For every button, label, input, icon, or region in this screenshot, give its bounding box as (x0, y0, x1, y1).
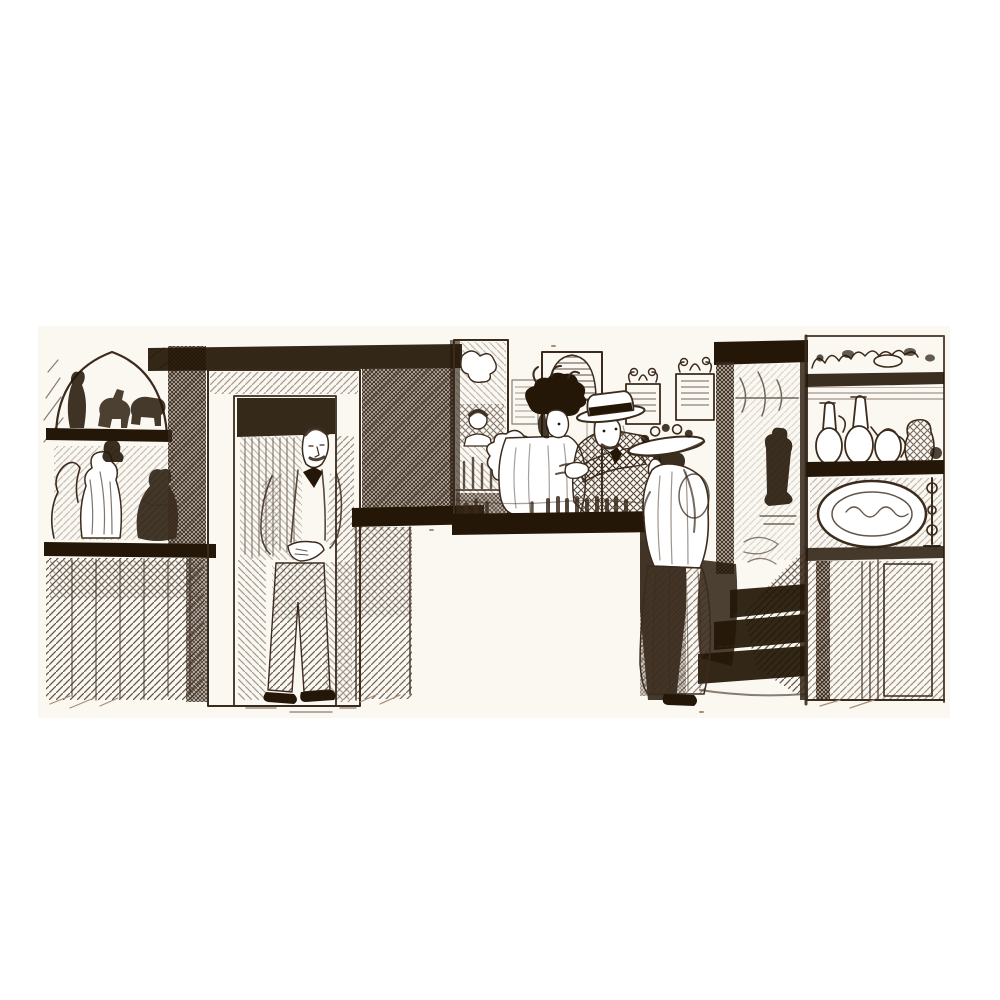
display-case (450, 340, 508, 522)
milliner-eye (558, 423, 561, 426)
boater-eye-l (603, 430, 606, 433)
corner-strip-hatch (186, 558, 208, 702)
frame2-fill (681, 379, 709, 409)
wall-strip-hatch2 (168, 346, 206, 544)
top-shelf-cup (925, 354, 935, 361)
vase1-body (816, 428, 842, 464)
milliner-face (546, 410, 568, 438)
shelf-board-upper (46, 428, 172, 442)
vase2-body (845, 426, 873, 464)
top-shelf-cup (816, 354, 823, 361)
illustration-page (0, 0, 1000, 1000)
passage-left-post (716, 362, 734, 574)
door-shadow-left (238, 560, 266, 700)
man-trousers-shade (272, 563, 326, 619)
cabinet-dark-strip (816, 561, 830, 700)
vase2-neck (853, 396, 868, 428)
top-shelf-cup (842, 350, 854, 358)
right-shelves (806, 336, 944, 708)
pillar-shade (354, 527, 412, 617)
dark-jug (905, 420, 934, 462)
top-shelf-cup (904, 348, 916, 356)
passage-statuette (764, 428, 792, 506)
shelf-front-hatch (806, 387, 944, 400)
cornice-band (148, 344, 462, 371)
shelf-board-lower (44, 542, 216, 558)
boater-eye-r (615, 428, 618, 431)
ink-drawing-shop-interior (0, 0, 1000, 1000)
vase1-neck (823, 402, 836, 430)
small-dark-cup (930, 447, 942, 459)
passage-lintel (714, 340, 808, 365)
crosshatch-wall2 (362, 368, 454, 512)
oval-platter (818, 481, 926, 547)
customer-blouse (643, 464, 708, 568)
counter-top-band (452, 511, 658, 535)
pitcher-body (875, 430, 901, 464)
door-lintel-hatch (210, 372, 358, 394)
customer-feet (663, 694, 697, 706)
